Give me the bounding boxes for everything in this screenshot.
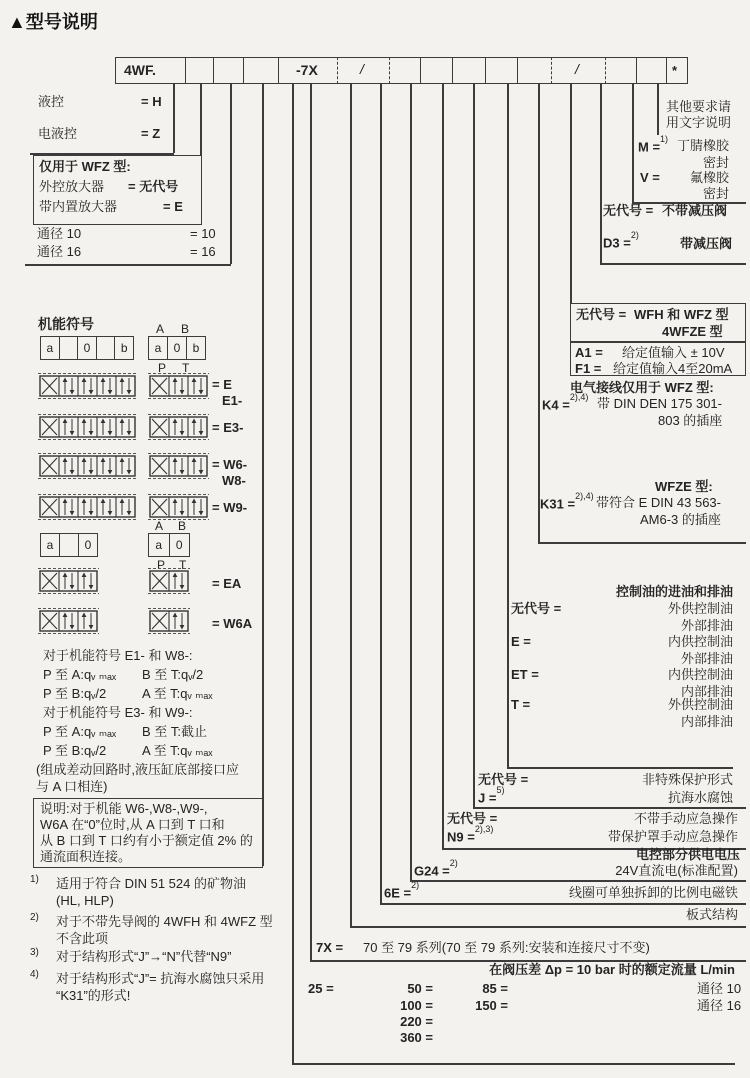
value-h: = H	[141, 94, 162, 110]
footnote-ref: 1)	[660, 134, 668, 144]
code-cell-divider	[185, 57, 186, 84]
spool-position-box2-left: a 0	[40, 533, 98, 557]
footnote-text: “K31”的形式!	[56, 988, 130, 1004]
code-nocode-signal: 无代号 =	[576, 307, 626, 323]
cell-0: 0	[78, 337, 97, 359]
wfze-heading: WFZE 型:	[655, 479, 713, 495]
code-k31: K31 =	[540, 496, 575, 511]
6e-row: 6E =2)	[384, 884, 419, 902]
port-b-label: B	[181, 322, 189, 337]
pilot-oil-text: 内供控制油	[560, 667, 733, 683]
code-6e: 6E =	[384, 885, 411, 900]
symbol-code-w9: = W9-	[212, 500, 247, 516]
connector-line	[350, 926, 746, 928]
code-k4: K4 =	[542, 397, 570, 412]
flow-note-paren: 与 A 口相连)	[36, 779, 108, 795]
symbol-code-e: = E	[212, 377, 232, 393]
model-designation-page: ▲型号说明 4WF. -7X / / * 液控 =	[0, 0, 750, 1078]
label-size16: 通径 16	[37, 244, 81, 260]
connector-line	[292, 1063, 735, 1065]
series-text: 70 至 79 系列(70 至 79 系列:安装和连接尺寸不变)	[363, 940, 650, 956]
code-cell-divider	[420, 57, 421, 84]
reducer-text2: 带减压阀	[680, 236, 732, 252]
footnote-marker: 4)	[30, 969, 39, 982]
connector-line	[25, 264, 231, 266]
cell-a: a	[149, 337, 168, 359]
label-electrohydraulic: 电液控	[38, 126, 77, 142]
note-line: 通流面积连接。	[40, 849, 131, 865]
code-v: V =	[640, 170, 660, 186]
code-cell-divider	[605, 57, 606, 84]
cell-a: a	[41, 337, 60, 359]
connector-line	[600, 84, 602, 263]
code-m: M =	[638, 139, 660, 154]
flow-25: 25 =	[308, 981, 334, 997]
voltage-heading: 电控部分供电电压	[520, 847, 740, 863]
code-cell-divider	[551, 57, 552, 84]
seal-v-text2: 密封	[703, 186, 729, 202]
code-cell-slash1: /	[360, 61, 364, 79]
connector-line	[538, 84, 540, 542]
code-cell-divider	[243, 57, 244, 84]
reducer-text1: 不带减压阀	[662, 203, 727, 219]
note-line: 从 B 口到 T 口约有小于额定值 2% 的	[40, 833, 253, 849]
j-row: J =5)	[478, 789, 504, 807]
footnote-ref: 5)	[496, 785, 504, 795]
flow-note-line: P 至 A:qᵥ ₘₐₓ	[43, 724, 116, 740]
footnote-ref: 2),4)	[570, 392, 589, 402]
pilot-oil-text: 内部排油	[560, 714, 733, 730]
footnote-marker: 2)	[30, 912, 39, 925]
k31-row: K31 =2),4)	[540, 495, 594, 513]
code-cell-divider	[278, 57, 279, 84]
symbol-code-w8: W8-	[222, 473, 246, 489]
port-a-label: A	[156, 322, 164, 337]
footnote-ref: 2)	[631, 230, 639, 240]
footnote-text: 对于结构形式“J”→“N”代替“N9”	[56, 949, 231, 965]
cell-0: 0	[168, 337, 187, 359]
signal-text1: WFH 和 WFZ 型	[634, 307, 729, 323]
pilot-oil-heading: 控制油的进油和排油	[505, 584, 733, 600]
page-title: ▲型号说明	[8, 8, 98, 34]
connector-line	[570, 341, 746, 343]
pilot-oil-text: 外供控制油	[560, 697, 733, 713]
connector-line	[473, 807, 746, 809]
signal-text2: 4WFZE 型	[662, 324, 723, 340]
connector-line	[657, 84, 659, 135]
code-cell-divider	[213, 57, 214, 84]
manual-text: 不带手动应急操作	[560, 811, 738, 827]
value-nocode: = 无代号	[128, 179, 178, 195]
seal-m-text: 丁腈橡胶	[677, 138, 729, 154]
footnote-ref: 2)	[450, 858, 458, 868]
code-cell-divider	[666, 57, 667, 84]
code-nocode-reducer: 无代号 =	[603, 203, 653, 219]
label-int-amplifier: 带内置放大器	[39, 199, 117, 215]
value-z: = Z	[141, 126, 160, 142]
connector-line	[173, 84, 175, 153]
code-a1: A1 =	[575, 345, 603, 361]
code-cell-divider	[337, 57, 338, 84]
cell-0: 0	[170, 534, 190, 556]
reducer-d3-row: D3 =2)	[603, 234, 639, 252]
flow-size10: 通径 10	[697, 981, 741, 997]
code-cell-4wf: 4WF.	[124, 62, 156, 80]
signal-a1-text: 给定值输入 ± 10V	[622, 345, 725, 361]
code-f1: F1 =	[575, 361, 601, 377]
code-n9: N9 =	[447, 829, 475, 844]
pilot-oil-text: 外部排油	[560, 618, 733, 634]
connector-line	[380, 84, 382, 903]
symbol-code-w6a: = W6A	[212, 616, 252, 632]
note-line: W6A 在“0”位时,从 A 口到 T 口和	[40, 817, 225, 833]
connector-line	[507, 767, 733, 769]
connector-line	[310, 84, 312, 960]
footnote-text: (HL, HLP)	[56, 893, 114, 909]
manual-text: 带保护罩手动应急操作	[560, 829, 738, 845]
label-size10: 通径 10	[37, 226, 81, 242]
port-a-label: A	[155, 519, 163, 534]
spool-position-box2-right: a 0	[148, 533, 190, 557]
note-line: 说明:对于机能 W6-,W8-,W9-,	[40, 801, 208, 817]
pilot-oil-text: 内供控制油	[560, 634, 733, 650]
code-g24: G24 =	[414, 863, 450, 878]
flow-note-line: A 至 T:qᵥ ₘₐₓ	[142, 743, 213, 759]
label-hydraulic: 液控	[38, 94, 64, 110]
k31-text2: AM6-3 的插座	[640, 512, 721, 528]
other-req-line: 其他要求请	[666, 99, 731, 115]
connector-line	[473, 84, 475, 807]
connector-line	[380, 903, 746, 905]
connector-line	[292, 84, 294, 1063]
connector-line	[230, 84, 232, 264]
valve-symbol-w6a-right	[148, 606, 190, 641]
g24-row: G24 =2)	[414, 862, 458, 880]
k4-text1: 带 DIN DEN 175 301-	[597, 396, 722, 412]
symbols-title: 机能符号	[38, 316, 94, 334]
value-10: = 10	[190, 226, 216, 242]
connector-line	[200, 84, 202, 156]
cell-blank	[97, 337, 116, 359]
k4-row: K4 =2),4)	[542, 396, 588, 414]
connector-line	[350, 84, 352, 926]
connector-line	[262, 84, 264, 866]
wfz-only-heading: 仅用于 WFZ 型:	[39, 159, 131, 175]
flow-note-paren: (组成差动回路时,液压缸底部接口应	[36, 762, 239, 778]
value-e: = E	[163, 199, 183, 215]
protection-text: 抗海水腐蚀	[560, 790, 733, 806]
code-cell-slash2: /	[575, 61, 579, 79]
footnote-ref: 2),4)	[575, 491, 594, 501]
code-7x: 7X =	[316, 940, 343, 956]
connector-line	[538, 542, 746, 544]
plate-text: 板式结构	[560, 907, 738, 923]
connector-heading: 电气接线仅用于 WFZ 型:	[570, 380, 714, 396]
port-b-label: B	[178, 519, 186, 534]
flow-note-line: P 至 B:qᵥ/2	[43, 686, 106, 702]
flow-note-line: A 至 T:qᵥ ₘₐₓ	[142, 686, 213, 702]
flow-150: 150 =	[460, 998, 508, 1014]
k4-text2: 803 的插座	[658, 413, 722, 429]
footnote-marker: 3)	[30, 947, 39, 960]
protection-text: 非特殊保护形式	[560, 772, 733, 788]
flow-note-head1: 对于机能符号 E1- 和 W8-:	[43, 648, 193, 664]
code-cell-divider	[517, 57, 518, 84]
connector-line	[410, 84, 412, 880]
pilot-oil-code: ET =	[511, 667, 539, 683]
valve-symbol-w6a-left	[38, 606, 99, 641]
footnote-text: 对于结构形式“J”= 抗海水腐蚀只采用	[56, 971, 264, 987]
footnote-ref: 2),3)	[475, 824, 494, 834]
footnote-text: 适用于符合 DIN 51 524 的矿物油	[56, 876, 246, 892]
k31-text1: 带符合 E DIN 43 563-	[596, 495, 721, 511]
valve-symbol-w9-left	[38, 492, 137, 527]
valve-symbol-e-left	[38, 371, 137, 406]
footnote-text: 对于不带先导阀的 4WFH 和 4WFZ 型	[56, 914, 273, 930]
flow-size16: 通径 16	[697, 998, 741, 1014]
spool-position-box-left: a 0 b	[40, 336, 134, 360]
connector-line	[600, 263, 746, 265]
flow-50: 50 =	[385, 981, 433, 997]
pilot-oil-text: 外部排油	[560, 651, 733, 667]
code-cell-star: *	[672, 63, 677, 79]
valve-symbol-w6-right	[148, 451, 209, 486]
flow-heading: 在阀压差 Δp = 10 bar 时的额定流量 L/min	[400, 962, 735, 978]
flow-note-line: B 至 T:截止	[142, 724, 207, 740]
seal-m-text2: 密封	[703, 155, 729, 171]
valve-symbol-ea-left	[38, 566, 99, 601]
symbol-code-e3: = E3-	[212, 420, 243, 436]
code-cell-divider	[452, 57, 453, 84]
cell-b: b	[115, 337, 133, 359]
footnote-marker: 1)	[30, 874, 39, 887]
cell-a: a	[149, 534, 170, 556]
pilot-oil-code: E =	[511, 634, 531, 650]
cell-blank	[60, 534, 79, 556]
code-cell-divider	[485, 57, 486, 84]
valve-symbol-ea-right	[148, 566, 190, 601]
seal-m-row: M =1)	[638, 138, 668, 156]
valve-symbol-e3-right	[148, 412, 209, 447]
cell-b: b	[187, 337, 205, 359]
flow-85: 85 =	[460, 981, 508, 997]
flow-note-line: P 至 A:qᵥ ₘₐₓ	[43, 667, 116, 683]
code-d3: D3 =	[603, 235, 631, 250]
symbol-code-ea: = EA	[212, 576, 241, 592]
signal-f1-text: 给定值输入4至20mA	[613, 361, 732, 377]
connector-line	[442, 84, 444, 848]
connector-line	[410, 880, 746, 882]
valve-symbol-e-right	[148, 371, 209, 406]
flow-220: 220 =	[385, 1014, 433, 1030]
flow-note-line: P 至 B:qᵥ/2	[43, 743, 106, 759]
cell-a: a	[41, 534, 60, 556]
other-req-line: 用文字说明	[666, 115, 731, 131]
ordering-code-row	[115, 57, 688, 84]
pilot-oil-code: T =	[511, 697, 530, 713]
symbol-code-w6: = W6-	[212, 457, 247, 473]
code-cell-7x: -7X	[296, 62, 318, 80]
valve-symbol-w6-left	[38, 451, 137, 486]
pilot-oil-text: 外供控制油	[560, 601, 733, 617]
value-16: = 16	[190, 244, 216, 260]
connector-line	[632, 84, 634, 202]
cell-blank	[60, 337, 79, 359]
flow-100: 100 =	[385, 998, 433, 1014]
code-cell-divider	[636, 57, 637, 84]
solenoid-text: 线圈可单独拆卸的比例电磁铁	[480, 885, 738, 901]
code-j: J =	[478, 790, 496, 805]
cell-0: 0	[79, 534, 97, 556]
pilot-oil-code: 无代号 =	[511, 601, 561, 617]
valve-symbol-e3-left	[38, 412, 137, 447]
code-cell-divider	[389, 57, 390, 84]
connector-line	[570, 84, 572, 303]
label-ext-amplifier: 外控放大器	[39, 179, 104, 195]
symbol-code-e1: E1-	[222, 393, 242, 409]
footnote-text: 不含此项	[56, 931, 108, 947]
spool-position-box-right: a 0 b	[148, 336, 206, 360]
voltage-text: 24V直流电(标准配置)	[520, 863, 738, 879]
n9-row: N9 =2),3)	[447, 828, 493, 846]
flow-note-head2: 对于机能符号 E3- 和 W9-:	[43, 705, 193, 721]
seal-v-text: 氟橡胶	[690, 170, 729, 186]
footnote-ref: 2)	[411, 880, 419, 890]
connector-line	[507, 84, 509, 767]
flow-note-line: B 至 T:qᵥ/2	[142, 667, 203, 683]
flow-360: 360 =	[385, 1030, 433, 1046]
